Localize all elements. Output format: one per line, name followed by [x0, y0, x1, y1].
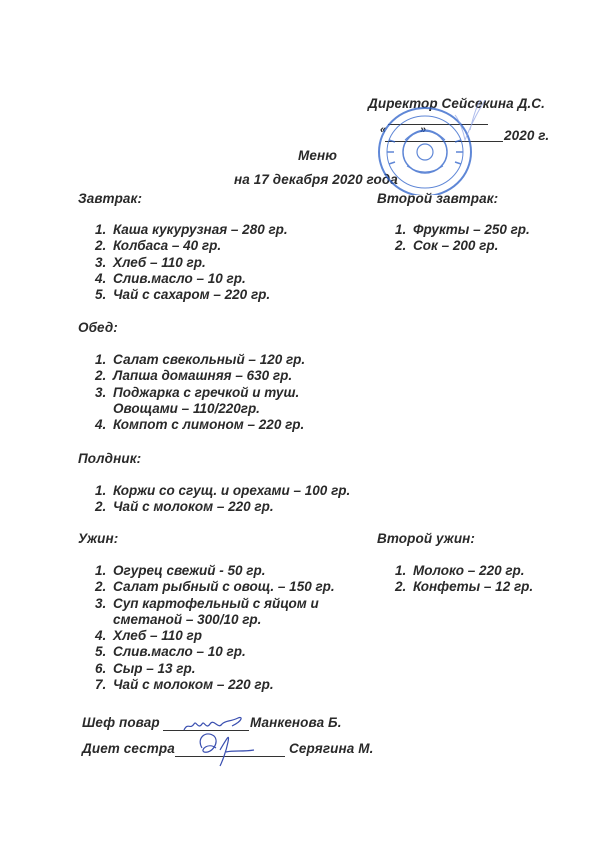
signature-line [388, 124, 488, 125]
menu-item-text: Суп картофельный с яйцом и [113, 596, 319, 611]
menu-item: 3.Суп картофельный с яйцом исметаной – 3… [95, 596, 335, 629]
menu-item-number: 1. [95, 483, 113, 499]
menu-item-text: Колбаса – 40 гр. [113, 238, 221, 253]
menu-item-text: Салат свекольный – 120 гр. [113, 352, 305, 367]
menu-item-number: 4. [95, 417, 113, 433]
menu-item-number: 3. [95, 385, 113, 401]
menu-title: Меню [298, 148, 337, 163]
breakfast-list: 1.Каша кукурузная – 280 гр.2.Колбаса – 4… [95, 222, 288, 303]
chef-label: Шеф повар [82, 715, 160, 730]
menu-item-number: 3. [95, 596, 113, 612]
menu-item-continuation: сметаной – 300/10 гр. [95, 612, 335, 628]
menu-item: 1.Салат свекольный – 120 гр. [95, 352, 305, 368]
second-dinner-list: 1.Молоко – 220 гр.2.Конфеты – 12 гр. [395, 563, 533, 596]
menu-item: 3.Хлеб – 110 гр. [95, 255, 288, 271]
menu-item: 4.Хлеб – 110 гр [95, 628, 335, 644]
menu-item: 4.Компот с лимоном – 220 гр. [95, 417, 305, 433]
menu-item-number: 5. [95, 287, 113, 303]
menu-item-number: 3. [95, 255, 113, 271]
menu-item-text: Поджарка с гречкой и туш. [113, 385, 299, 400]
menu-item-number: 5. [95, 644, 113, 660]
menu-item: 2.Лапша домашняя – 630 гр. [95, 368, 305, 384]
menu-item-text: Чай с молоком – 220 гр. [113, 499, 274, 514]
second-breakfast-list: 1.Фрукты – 250 гр.2.Сок – 200 гр. [395, 222, 530, 255]
menu-item-text: Молоко – 220 гр. [413, 563, 525, 578]
menu-item-number: 4. [95, 628, 113, 644]
menu-item-number: 2. [95, 238, 113, 254]
menu-item: 5.Слив.масло – 10 гр. [95, 644, 335, 660]
menu-item: 1.Коржи со сгущ. и орехами – 100 гр. [95, 483, 350, 499]
menu-item-number: 1. [395, 222, 413, 238]
dinner-list: 1.Огурец свежий - 50 гр.2.Салат рыбный с… [95, 563, 335, 693]
menu-item-text: Салат рыбный с овощ. – 150 гр. [113, 579, 335, 594]
date-quote-open: « [380, 124, 386, 136]
menu-item-text: Хлеб – 110 гр. [113, 255, 206, 270]
menu-item-text: Чай с сахаром – 220 гр. [113, 287, 270, 302]
menu-item-number: 2. [95, 579, 113, 595]
menu-item-number: 1. [95, 222, 113, 238]
menu-item-number: 2. [395, 238, 413, 254]
director-approval: Директор Сейсекина Д.С. [368, 96, 545, 111]
menu-item: 1.Каша кукурузная – 280 гр. [95, 222, 288, 238]
menu-item-number: 2. [395, 579, 413, 595]
menu-item-text: Слив.масло – 10 гр. [113, 644, 246, 659]
menu-item-text: Каша кукурузная – 280 гр. [113, 222, 288, 237]
menu-item-text: Огурец свежий - 50 гр. [113, 563, 266, 578]
menu-item-text: Слив.масло – 10 гр. [113, 271, 246, 286]
menu-item: 2.Салат рыбный с овощ. – 150 гр. [95, 579, 335, 595]
nurse-name: Серягина М. [289, 741, 373, 756]
menu-item: 1.Молоко – 220 гр. [395, 563, 533, 579]
chef-signature-icon [180, 712, 250, 736]
nurse-label: Диет сестра [82, 741, 175, 756]
snack-list: 1.Коржи со сгущ. и орехами – 100 гр.2.Ча… [95, 483, 350, 516]
menu-item-text: Хлеб – 110 гр [113, 628, 202, 643]
second-breakfast-heading: Второй завтрак: [377, 191, 498, 206]
nurse-signature-line [175, 756, 285, 757]
nurse-signature-icon [192, 728, 262, 768]
chef-name: Манкенова Б. [250, 715, 342, 730]
menu-item-text: Сок – 200 гр. [413, 238, 498, 253]
menu-item-text: Компот с лимоном – 220 гр. [113, 417, 304, 432]
menu-item: 1.Огурец свежий - 50 гр. [95, 563, 335, 579]
menu-item-number: 1. [395, 563, 413, 579]
menu-item: 2.Чай с молоком – 220 гр. [95, 499, 350, 515]
menu-item-number: 2. [95, 368, 113, 384]
date-line [385, 141, 503, 142]
breakfast-heading: Завтрак: [78, 191, 142, 206]
menu-item-number: 7. [95, 677, 113, 693]
menu-item: 2.Конфеты – 12 гр. [395, 579, 533, 595]
date-quote-close: » [420, 124, 426, 136]
lunch-list: 1.Салат свекольный – 120 гр.2.Лапша дома… [95, 352, 305, 433]
menu-item: 3.Поджарка с гречкой и туш.Овощами – 110… [95, 385, 305, 418]
chef-signature-line [163, 730, 249, 731]
menu-item-text: Конфеты – 12 гр. [413, 579, 533, 594]
menu-item-number: 6. [95, 661, 113, 677]
lunch-heading: Обед: [78, 320, 118, 335]
menu-item-text: Коржи со сгущ. и орехами – 100 гр. [113, 483, 350, 498]
menu-item: 5.Чай с сахаром – 220 гр. [95, 287, 288, 303]
dinner-heading: Ужин: [78, 531, 118, 546]
menu-item-text: Чай с молоком – 220 гр. [113, 677, 274, 692]
snack-heading: Полдник: [78, 451, 141, 466]
menu-item-number: 4. [95, 271, 113, 287]
menu-item-number: 1. [95, 563, 113, 579]
menu-item: 7.Чай с молоком – 220 гр. [95, 677, 335, 693]
menu-item: 2.Сок – 200 гр. [395, 238, 530, 254]
menu-item: 1.Фрукты – 250 гр. [395, 222, 530, 238]
menu-item-text: Фрукты – 250 гр. [413, 222, 530, 237]
menu-item-number: 1. [95, 352, 113, 368]
menu-date: на 17 декабря 2020 года [234, 172, 398, 187]
second-dinner-heading: Второй ужин: [377, 531, 475, 546]
menu-item-text: Лапша домашняя – 630 гр. [113, 368, 292, 383]
menu-item-continuation: Овощами – 110/220гр. [95, 401, 305, 417]
menu-item: 4.Слив.масло – 10 гр. [95, 271, 288, 287]
menu-item: 6.Сыр – 13 гр. [95, 661, 335, 677]
menu-item-text: Сыр – 13 гр. [113, 661, 196, 676]
approval-date: 2020 г. [504, 128, 549, 143]
menu-item: 2.Колбаса – 40 гр. [95, 238, 288, 254]
menu-item-number: 2. [95, 499, 113, 515]
